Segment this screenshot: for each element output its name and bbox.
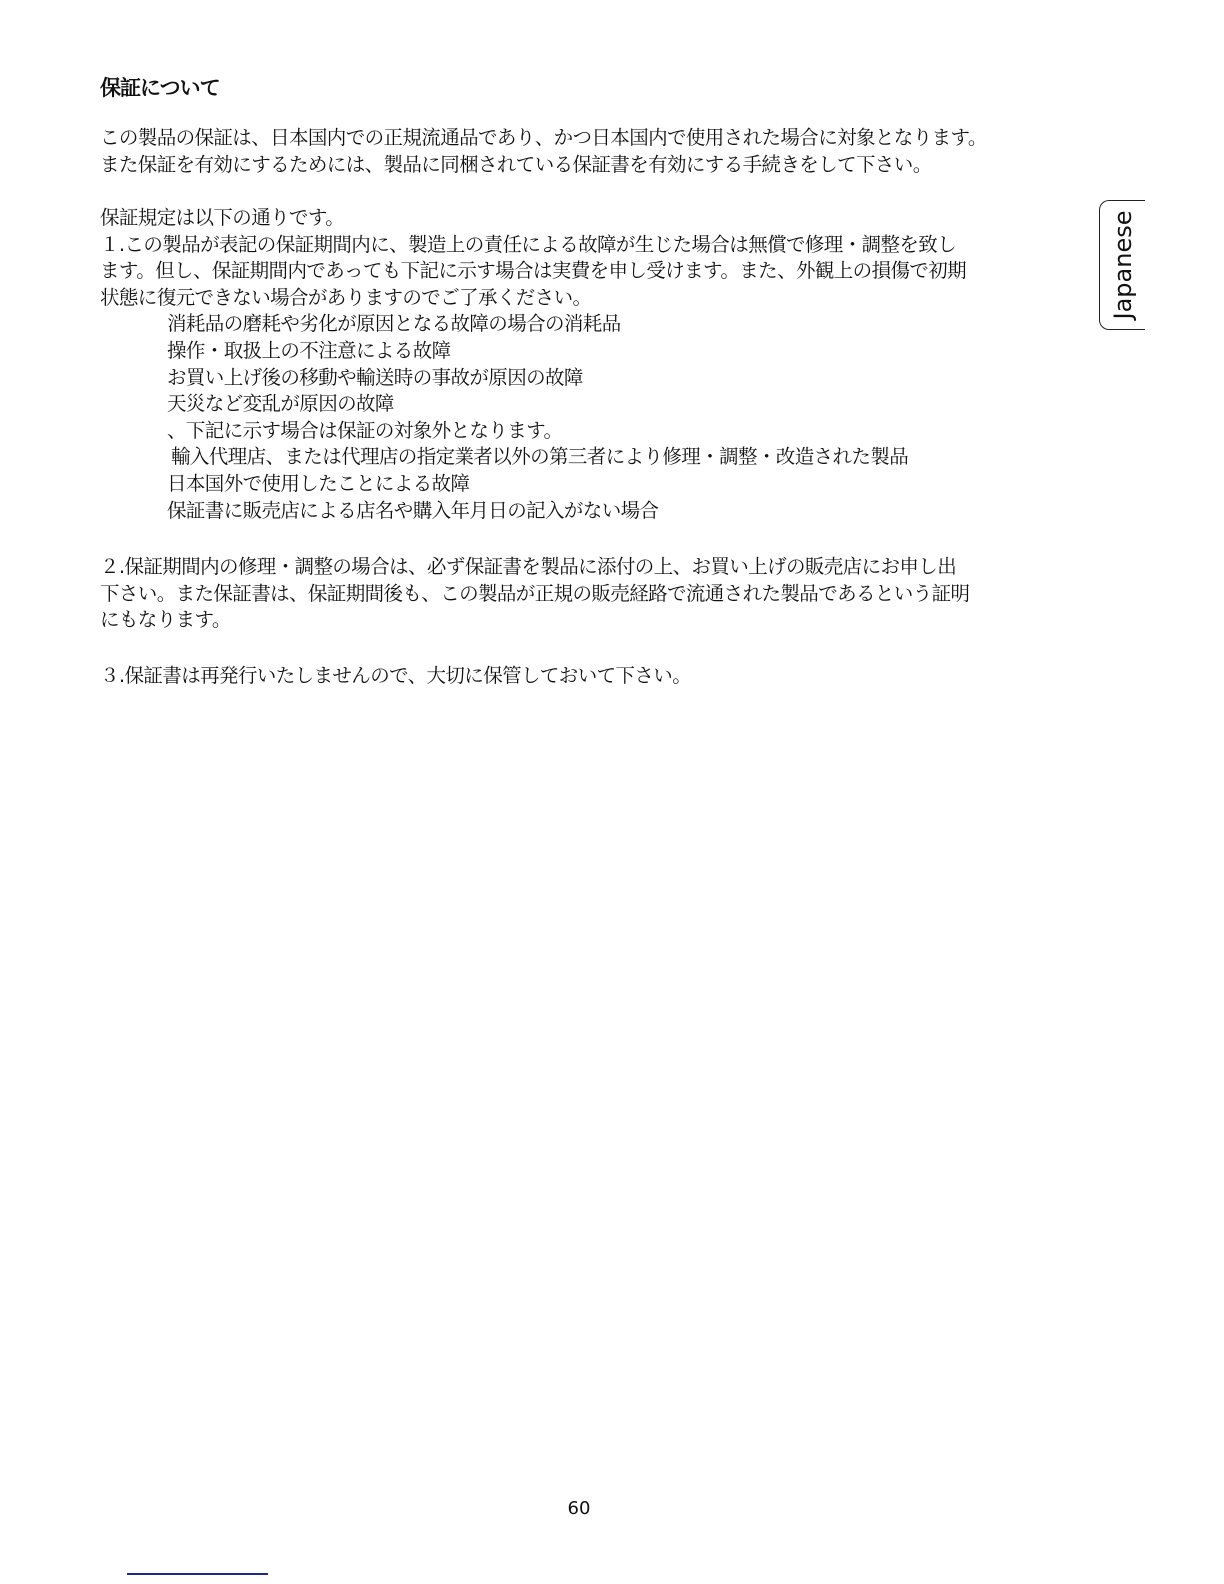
- page-title: 保証について: [100, 72, 220, 102]
- rule-2-line: にもなります。: [100, 607, 1100, 634]
- intro-line: この製品の保証は、日本国内での正規流通品であり、かつ日本国内で使用された場合に対…: [100, 125, 1100, 152]
- intro-paragraph: この製品の保証は、日本国内での正規流通品であり、かつ日本国内で使用された場合に対…: [100, 125, 1100, 178]
- excluded-case-item: 保証書に販売店による店名や購入年月日の記入がない場合: [100, 498, 1100, 525]
- footer-divider: [127, 1573, 268, 1575]
- excluded-case-item: 輸入代理店、または代理店の指定業者以外の第三者により修理・調整・改造された製品: [100, 444, 1100, 471]
- warranty-rules: 保証規定は以下の通りです。 １.この製品が表記の保証期間内に、製造上の責任による…: [100, 205, 1100, 524]
- paid-case-item: 天災など変乱が原因の故障: [100, 391, 1100, 418]
- rule-1-line: １.この製品が表記の保証期間内に、製造上の責任による故障が生じた場合は無償で修理…: [100, 232, 1100, 259]
- paid-case-item: 操作・取扱上の不注意による故障: [100, 338, 1100, 365]
- page-number: 60: [0, 1498, 1158, 1519]
- language-side-tab: Japanese: [1099, 200, 1145, 330]
- rule-1-line: 状態に復元できない場合がありますのでご了承ください。: [100, 285, 1100, 312]
- paid-case-item: お買い上げ後の移動や輸送時の事故が原因の故障: [100, 365, 1100, 392]
- rule-3-line: ３.保証書は再発行いたしませんので、大切に保管しておいて下さい。: [100, 663, 1100, 690]
- intro-line: また保証を有効にするためには、製品に同梱されている保証書を有効にする手続きをして…: [100, 152, 1100, 179]
- language-label: Japanese: [1109, 211, 1137, 320]
- rules-heading: 保証規定は以下の通りです。: [100, 205, 1100, 232]
- rule-3-paragraph: ３.保証書は再発行いたしませんので、大切に保管しておいて下さい。: [100, 663, 1100, 690]
- excluded-case-item: 日本国外で使用したことによる故障: [100, 471, 1100, 498]
- rule-2-line: ２.保証期間内の修理・調整の場合は、必ず保証書を製品に添付の上、お買い上げの販売…: [100, 554, 1100, 581]
- paid-case-item: 消耗品の磨耗や劣化が原因となる故障の場合の消耗品: [100, 311, 1100, 338]
- rule-2-paragraph: ２.保証期間内の修理・調整の場合は、必ず保証書を製品に添付の上、お買い上げの販売…: [100, 554, 1100, 634]
- rule-1-line: ます。但し、保証期間内であっても下記に示す場合は実費を申し受けます。また、外観上…: [100, 258, 1100, 285]
- excluded-heading: 、下記に示す場合は保証の対象外となります。: [100, 418, 1100, 445]
- rule-2-line: 下さい。また保証書は、保証期間後も、この製品が正規の販売経路で流通された製品であ…: [100, 581, 1100, 608]
